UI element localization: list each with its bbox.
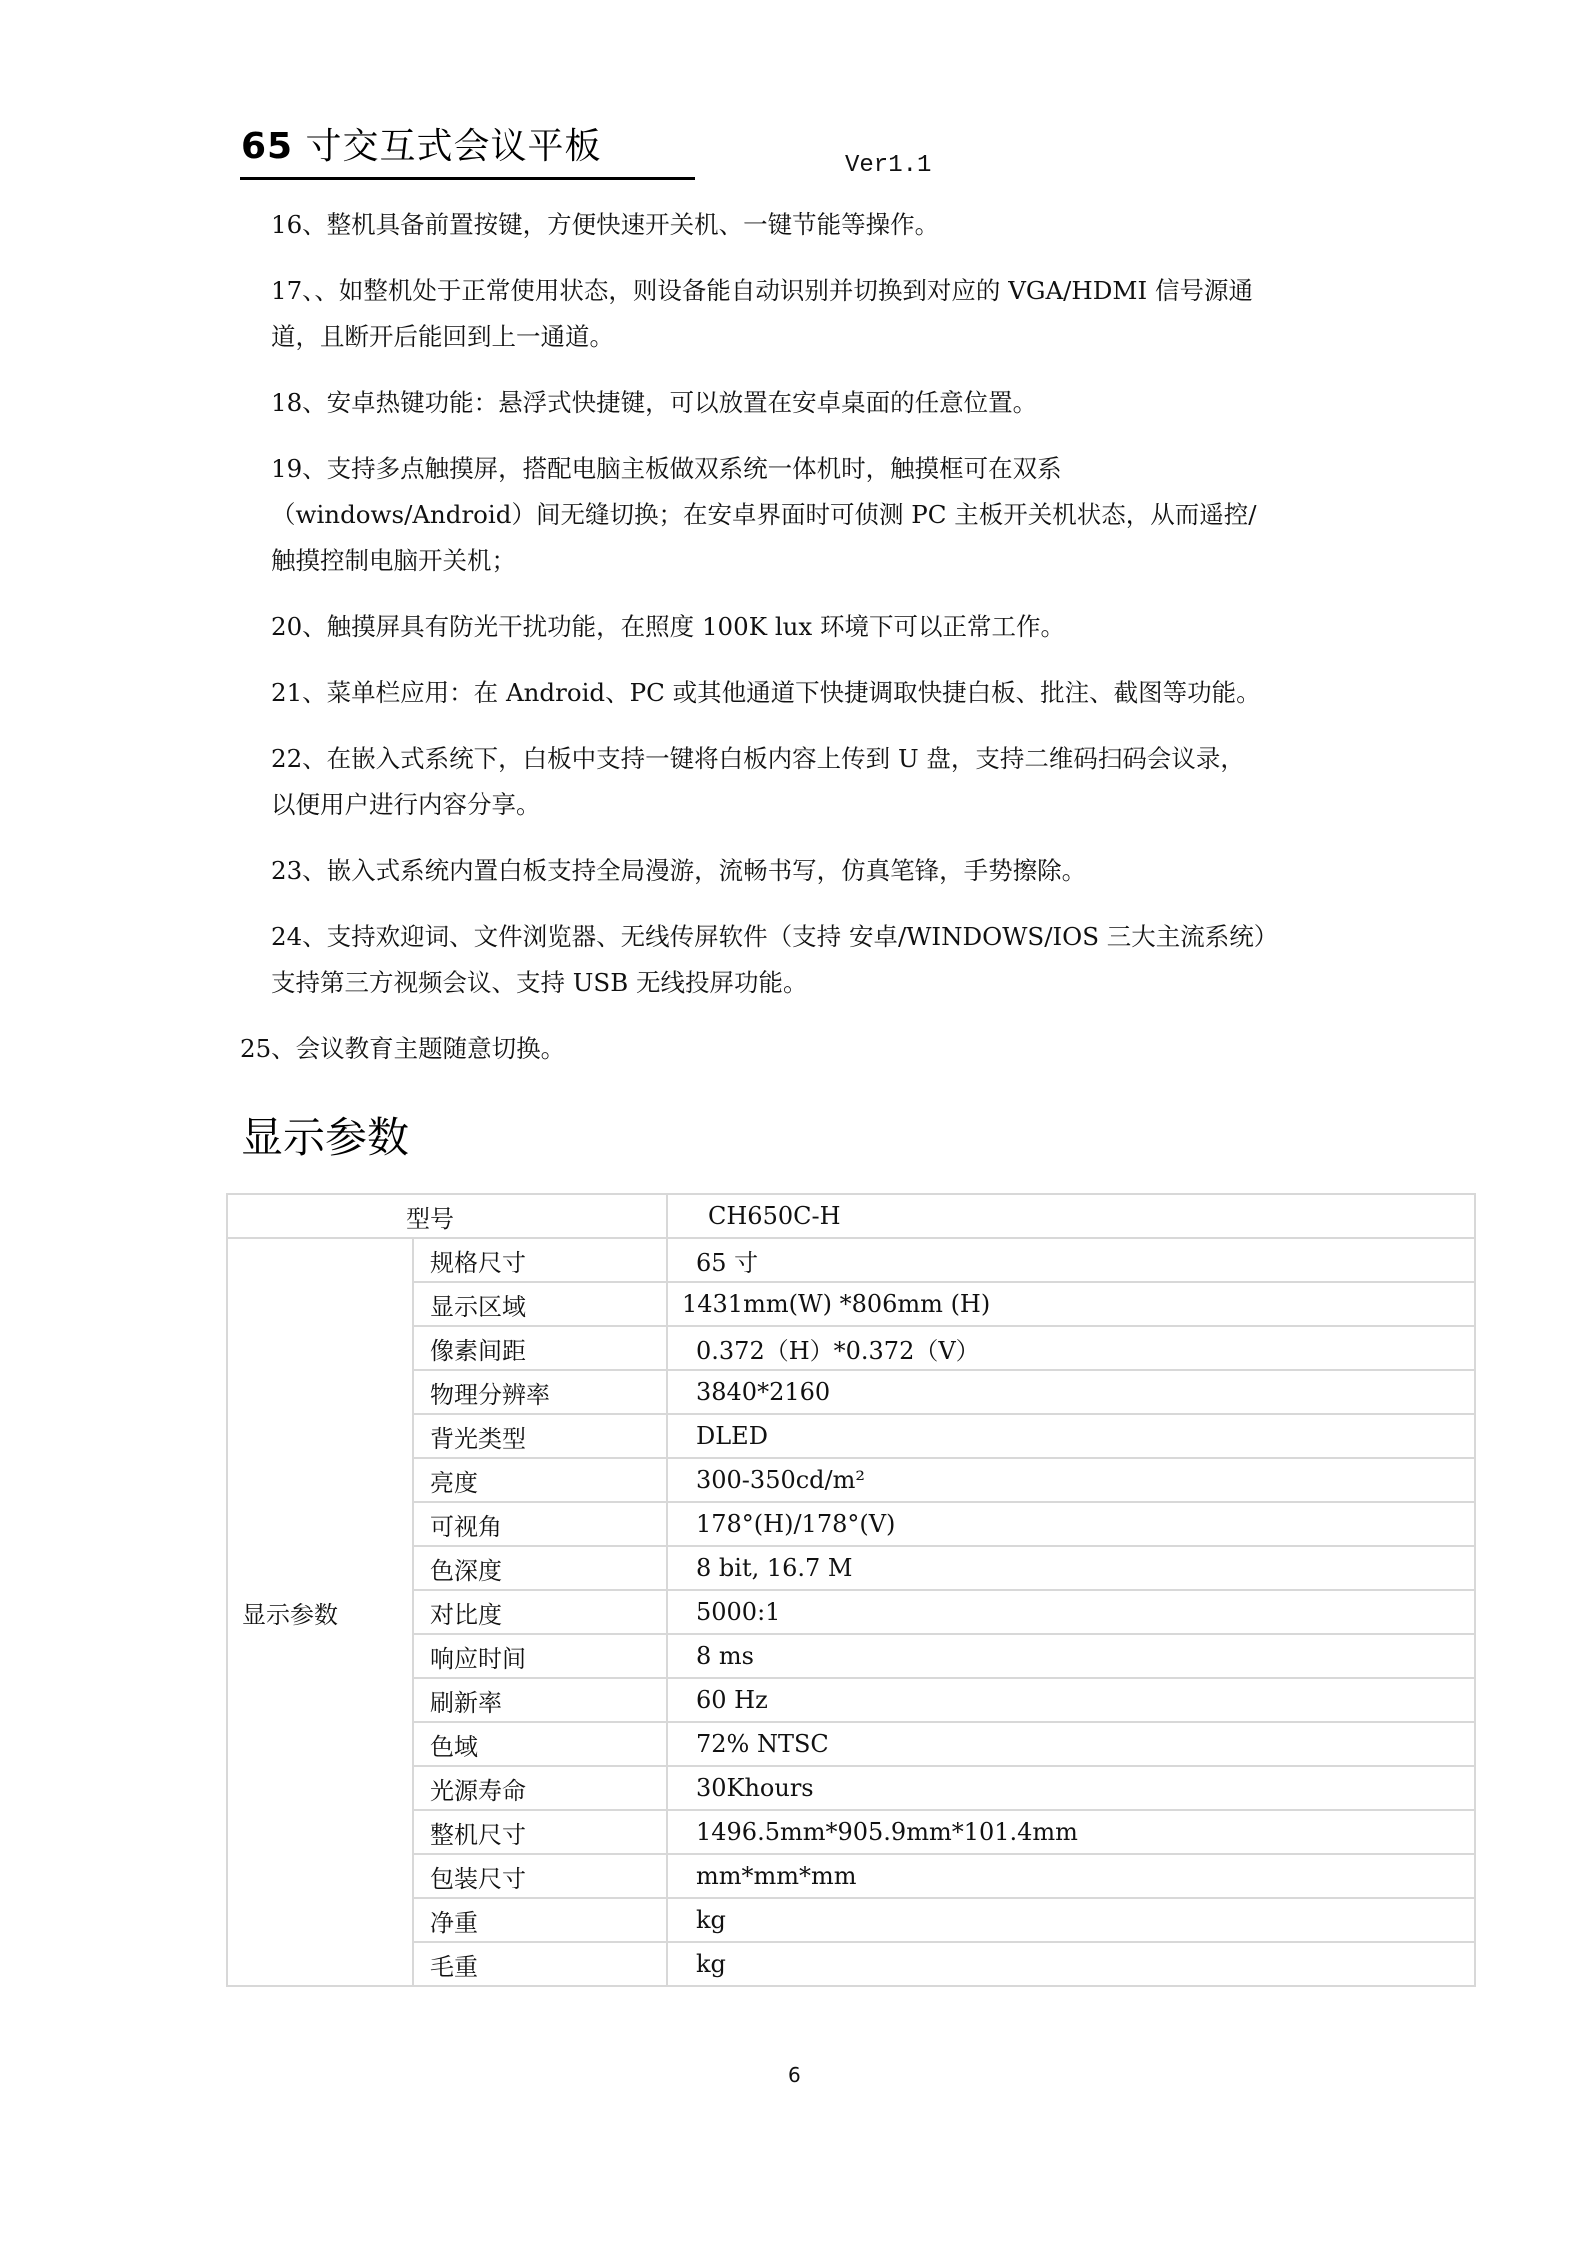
feature-line: 23、嵌入式系统内置白板支持全局漫游，流畅书写，仿真笔锋，手势擦除。 <box>271 848 1361 894</box>
feature-20: 20、触摸屏具有防光干扰功能，在照度 100K lux 环境下可以正常工作。 <box>271 604 1361 650</box>
spec-label: 色深度 <box>413 1546 667 1590</box>
feature-25: 25、会议教育主题随意切换。 <box>240 1026 1330 1072</box>
spec-label: 刷新率 <box>413 1678 667 1722</box>
feature-19: 19、支持多点触摸屏，搭配电脑主板做双系统一体机时，触摸框可在双系 （windo… <box>271 446 1361 584</box>
table-row: 可视角178°(H)/178°(V) <box>227 1502 1475 1546</box>
spec-value: 8 ms <box>667 1634 1475 1678</box>
spec-label: 色域 <box>413 1722 667 1766</box>
spec-value: 178°(H)/178°(V) <box>667 1502 1475 1546</box>
title-number: 65 <box>241 126 293 167</box>
table-row: 净重kg <box>227 1898 1475 1942</box>
spec-value: 300-350cd/m² <box>667 1458 1475 1502</box>
spec-label: 对比度 <box>413 1590 667 1634</box>
feature-line: 25、会议教育主题随意切换。 <box>240 1026 1330 1072</box>
document-title: 65 寸交互式会议平板 <box>241 118 602 169</box>
feature-line: 21、菜单栏应用：在 Android、PC 或其他通道下快捷调取快捷白板、批注、… <box>271 670 1361 716</box>
spec-label: 毛重 <box>413 1942 667 1986</box>
table-row: 背光类型DLED <box>227 1414 1475 1458</box>
feature-24: 24、支持欢迎词、文件浏览器、无线传屏软件（支持 安卓/WINDOWS/IOS … <box>271 914 1361 1006</box>
spec-label: 像素间距 <box>413 1326 667 1370</box>
spec-value: 65 寸 <box>667 1238 1475 1282</box>
table-row: 响应时间8 ms <box>227 1634 1475 1678</box>
header-divider <box>240 177 695 180</box>
model-value: CH650C-H <box>667 1194 1475 1238</box>
table-row: 像素间距0.372（H）*0.372（V） <box>227 1326 1475 1370</box>
feature-21: 21、菜单栏应用：在 Android、PC 或其他通道下快捷调取快捷白板、批注、… <box>271 670 1361 716</box>
model-label: 型号 <box>227 1194 667 1238</box>
table-row: 毛重kg <box>227 1942 1475 1986</box>
spec-value: 1496.5mm*905.9mm*101.4mm <box>667 1810 1475 1854</box>
feature-line: 以便用户进行内容分享。 <box>271 782 1361 828</box>
feature-line: 19、支持多点触摸屏，搭配电脑主板做双系统一体机时，触摸框可在双系 <box>271 446 1361 492</box>
table-row: 光源寿命30Khours <box>227 1766 1475 1810</box>
feature-22: 22、在嵌入式系统下，白板中支持一键将白板内容上传到 U 盘，支持二维码扫码会议… <box>271 736 1361 828</box>
feature-line: 17、、如整机处于正常使用状态，则设备能自动识别并切换到对应的 VGA/HDMI… <box>271 268 1361 314</box>
feature-line: 18、安卓热键功能：悬浮式快捷键，可以放置在安卓桌面的任意位置。 <box>271 380 1361 426</box>
spec-value: kg <box>667 1942 1475 1986</box>
spec-value: mm*mm*mm <box>667 1854 1475 1898</box>
spec-value: 30Khours <box>667 1766 1475 1810</box>
page-number: 6 <box>788 2063 801 2087</box>
feature-line: 22、在嵌入式系统下，白板中支持一键将白板内容上传到 U 盘，支持二维码扫码会议… <box>271 736 1361 782</box>
feature-16: 16、整机具备前置按键，方便快速开关机、一键节能等操作。 <box>271 202 1361 248</box>
table-row: 包装尺寸mm*mm*mm <box>227 1854 1475 1898</box>
table-row: 对比度5000:1 <box>227 1590 1475 1634</box>
feature-line: 触摸控制电脑开关机； <box>271 538 1361 584</box>
spec-label: 背光类型 <box>413 1414 667 1458</box>
spec-label: 净重 <box>413 1898 667 1942</box>
feature-23: 23、嵌入式系统内置白板支持全局漫游，流畅书写，仿真笔锋，手势擦除。 <box>271 848 1361 894</box>
spec-label: 规格尺寸 <box>413 1238 667 1282</box>
spec-label: 显示区域 <box>413 1282 667 1326</box>
spec-value: 3840*2160 <box>667 1370 1475 1414</box>
spec-value: kg <box>667 1898 1475 1942</box>
table-row-model: 型号 CH650C-H <box>227 1194 1475 1238</box>
spec-value: DLED <box>667 1414 1475 1458</box>
section-title-display-params: 显示参数 <box>241 1105 409 1165</box>
table-row: 色深度8 bit, 16.7 M <box>227 1546 1475 1590</box>
spec-label: 包装尺寸 <box>413 1854 667 1898</box>
spec-label: 光源寿命 <box>413 1766 667 1810</box>
table-row: 显示参数 规格尺寸 65 寸 <box>227 1238 1475 1282</box>
feature-line: 16、整机具备前置按键，方便快速开关机、一键节能等操作。 <box>271 202 1361 248</box>
feature-line: 20、触摸屏具有防光干扰功能，在照度 100K lux 环境下可以正常工作。 <box>271 604 1361 650</box>
feature-line: 24、支持欢迎词、文件浏览器、无线传屏软件（支持 安卓/WINDOWS/IOS … <box>271 914 1361 960</box>
spec-value: 0.372（H）*0.372（V） <box>667 1326 1475 1370</box>
feature-17: 17、、如整机处于正常使用状态，则设备能自动识别并切换到对应的 VGA/HDMI… <box>271 268 1361 360</box>
table-row: 色域72% NTSC <box>227 1722 1475 1766</box>
title-text: 寸交互式会议平板 <box>293 126 601 167</box>
table-row: 刷新率60 Hz <box>227 1678 1475 1722</box>
spec-label: 响应时间 <box>413 1634 667 1678</box>
spec-label: 整机尺寸 <box>413 1810 667 1854</box>
table-row: 显示区域1431mm(W) *806mm (H) <box>227 1282 1475 1326</box>
spec-value: 1431mm(W) *806mm (H) <box>667 1282 1475 1326</box>
spec-value: 5000:1 <box>667 1590 1475 1634</box>
feature-line: （windows/Android）间无缝切换；在安卓界面时可侦测 PC 主板开关… <box>271 492 1361 538</box>
feature-line: 支持第三方视频会议、支持 USB 无线投屏功能。 <box>271 960 1361 1006</box>
spec-label: 物理分辨率 <box>413 1370 667 1414</box>
spec-value: 8 bit, 16.7 M <box>667 1546 1475 1590</box>
feature-line: 道，且断开后能回到上一通道。 <box>271 314 1361 360</box>
table-row: 亮度300-350cd/m² <box>227 1458 1475 1502</box>
group-label: 显示参数 <box>227 1238 413 1986</box>
spec-value: 60 Hz <box>667 1678 1475 1722</box>
spec-table: 型号 CH650C-H 显示参数 规格尺寸 65 寸 显示区域1431mm(W)… <box>226 1193 1476 1987</box>
version-label: Ver1.1 <box>845 152 931 179</box>
spec-value: 72% NTSC <box>667 1722 1475 1766</box>
spec-label: 亮度 <box>413 1458 667 1502</box>
spec-label: 可视角 <box>413 1502 667 1546</box>
feature-18: 18、安卓热键功能：悬浮式快捷键，可以放置在安卓桌面的任意位置。 <box>271 380 1361 426</box>
table-row: 整机尺寸1496.5mm*905.9mm*101.4mm <box>227 1810 1475 1854</box>
table-row: 物理分辨率3840*2160 <box>227 1370 1475 1414</box>
